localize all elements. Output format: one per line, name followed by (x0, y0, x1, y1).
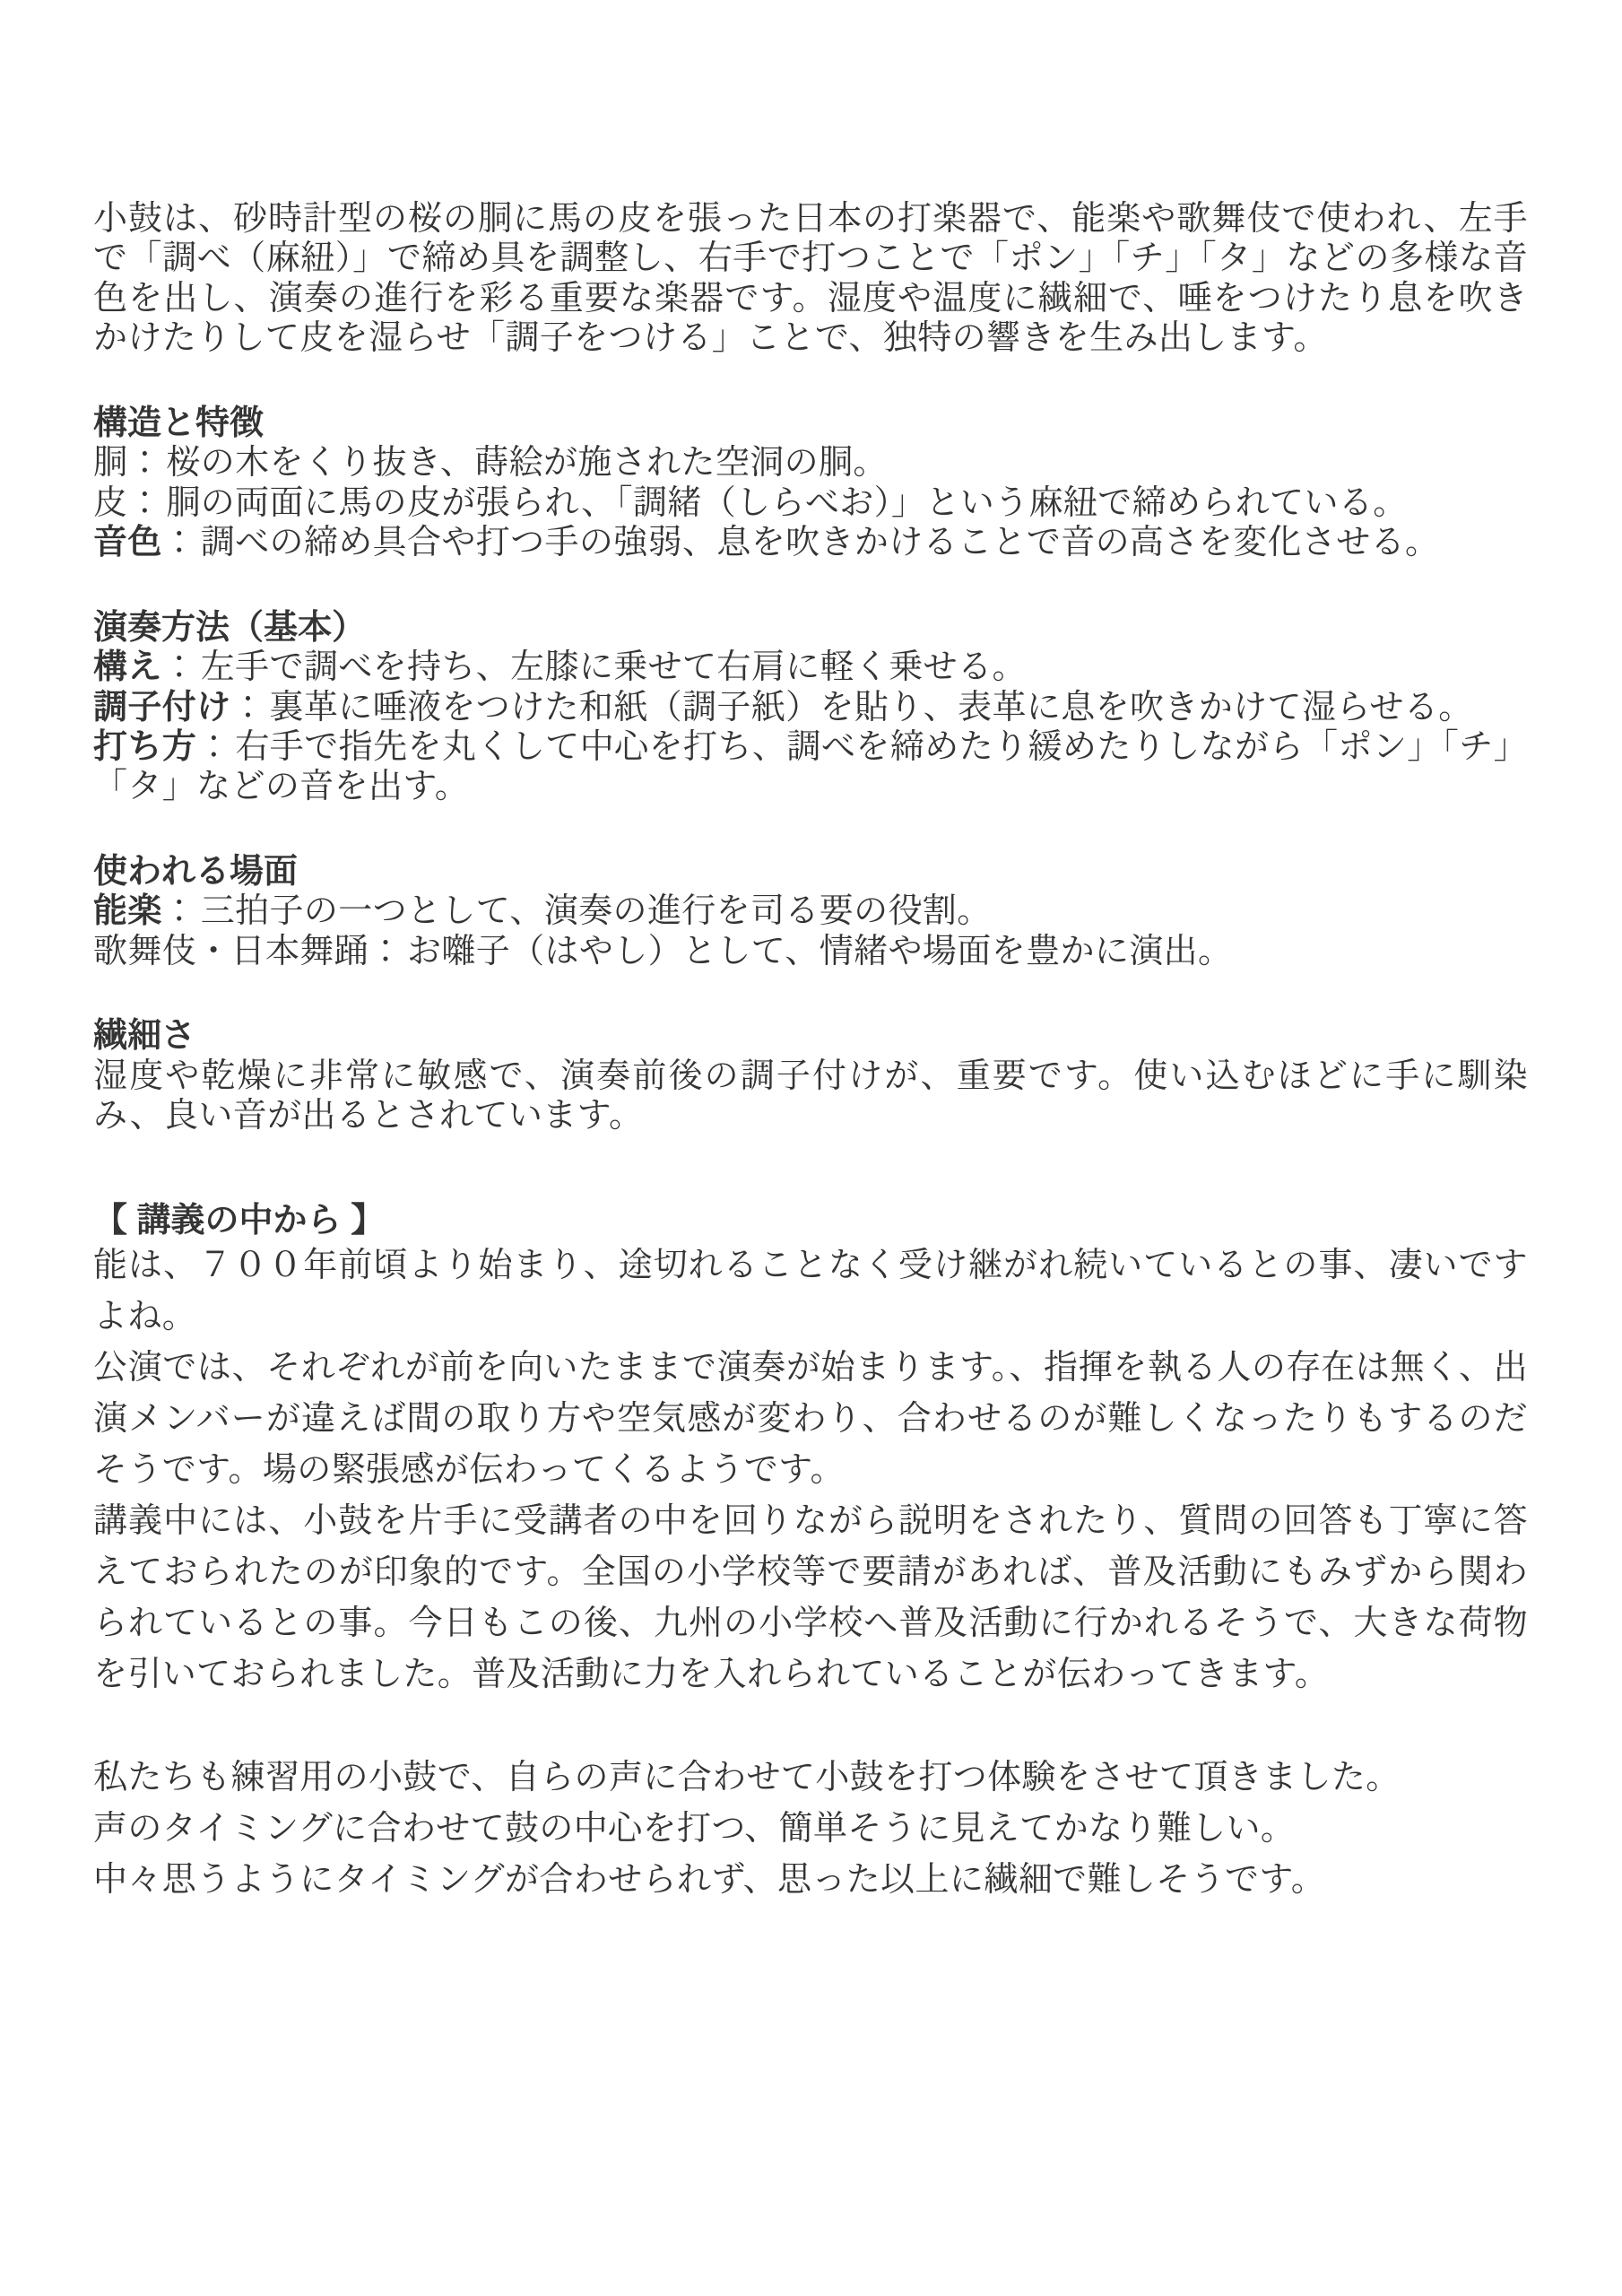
definition-text-uchikata: 右手で指先を丸くして中心を打ち、調べを締めたり緩めたりしながら「ポン」「チ」「タ… (93, 728, 1528, 805)
definition-colon: ： (162, 648, 196, 686)
closing-paragraph-timing: 声のタイミングに合わせて鼓の中心を打つ、簡単そうに見えてかなり難しい。 (93, 1804, 1528, 1855)
lecture-heading: 【 講義の中から 】 (93, 1201, 1528, 1240)
document-page: 小鼓は、砂時計型の桜の胴に馬の皮を張った日本の打楽器で、能楽や歌舞伎で使われ、左… (0, 0, 1622, 2296)
lecture-paragraph-outreach: 講義中には、小鼓を片手に受講者の中を回りながら説明をされたり、質問の回答も丁寧に… (93, 1496, 1528, 1700)
definition-colon: ： (369, 933, 403, 970)
definition-text-kabuki: お囃子（はやし）として、情緒や場面を豊かに演出。 (407, 933, 1232, 970)
delicacy-paragraph: 湿度や乾燥に非常に敏感で、演奏前後の調子付けが、重要です。使い込むほどに手に馴染… (93, 1057, 1528, 1136)
closing-paragraph-experience: 私たちも練習用の小鼓で、自らの声に合わせて小鼓を打つ体験をさせて頂きました。 (93, 1752, 1528, 1804)
document-content: 小鼓は、砂時計型の桜の胴に馬の皮を張った日本の打楽器で、能楽や歌舞伎で使われ、左… (93, 199, 1528, 1906)
section-structure: 構造と特徴 胴：桜の木をくり抜き、蒔絵が施された空洞の胴。 皮：胴の両面に馬の皮… (93, 404, 1528, 563)
definition-term-uchikata: 打ち方 (93, 728, 196, 766)
definition-colon: ： (231, 689, 265, 726)
playing-item-posture: 構え：左手で調べを持ち、左膝に乗せて右肩に軽く乗せる。 (93, 648, 1528, 687)
definition-text-dou: 桜の木をくり抜き、蒔絵が施された空洞の胴。 (166, 444, 887, 482)
closing-paragraph-difficulty: 中々思うようにタイミングが合わせられず、思った以上に繊細で難しそうです。 (93, 1855, 1528, 1906)
definition-colon: ： (162, 892, 196, 930)
definition-term-dou: 胴 (93, 444, 127, 482)
usage-item-noh: 能楽：三拍子の一つとして、演奏の進行を司る要の役割。 (93, 891, 1528, 931)
delicacy-heading: 繊細さ (93, 1016, 1528, 1056)
paragraph-spacer (93, 1700, 1528, 1752)
definition-text-kawa: 胴の両面に馬の皮が張られ、「調緒（しらべお）」という麻紐で締められている。 (166, 484, 1407, 522)
intro-paragraph: 小鼓は、砂時計型の桜の胴に馬の皮を張った日本の打楽器で、能楽や歌舞伎で使われ、左… (93, 199, 1528, 359)
definition-text-neiro: 調べの締め具合や打つ手の強弱、息を吹きかけることで音の高さを変化させる。 (201, 524, 1440, 561)
playing-item-tuning: 調子付け：裏革に唾液をつけた和紙（調子紙）を貼り、表革に息を吹きかけて湿らせる。 (93, 688, 1528, 727)
definition-term-choshizuke: 調子付け (93, 689, 231, 726)
usage-scenes-heading: 使われる場面 (93, 852, 1528, 891)
definition-text-kamae: 左手で調べを持ち、左膝に乗せて右肩に軽く乗せる。 (201, 648, 1027, 686)
definition-term-kawa: 皮 (93, 484, 127, 522)
playing-method-heading: 演奏方法（基本） (93, 608, 1528, 648)
structure-item-tone: 音色：調べの締め具合や打つ手の強弱、息を吹きかけることで音の高さを変化させる。 (93, 523, 1528, 562)
definition-text-choshizuke: 裏革に唾液をつけた和紙（調子紙）を貼り、表革に息を吹きかけて湿らせる。 (269, 689, 1472, 726)
definition-term-kabuki: 歌舞伎・日本舞踊 (93, 933, 369, 970)
playing-item-striking: 打ち方：右手で指先を丸くして中心を打ち、調べを締めたり緩めたりしながら「ポン」「… (93, 727, 1528, 807)
definition-text-nogaku: 三拍子の一つとして、演奏の進行を司る要の役割。 (201, 892, 992, 930)
usage-item-kabuki: 歌舞伎・日本舞踊：お囃子（はやし）として、情緒や場面を豊かに演出。 (93, 932, 1528, 971)
definition-colon: ： (162, 524, 196, 561)
section-delicacy: 繊細さ 湿度や乾燥に非常に敏感で、演奏前後の調子付けが、重要です。使い込むほどに… (93, 1016, 1528, 1135)
section-lecture-notes: 【 講義の中から 】 能は、７００年前頃より始まり、途切れることなく受け継がれ続… (93, 1201, 1528, 1906)
definition-colon: ： (196, 728, 230, 766)
definition-colon: ： (127, 484, 161, 522)
structure-heading: 構造と特徴 (93, 404, 1528, 443)
definition-colon: ： (127, 444, 161, 482)
definition-term-neiro: 音色 (93, 524, 162, 561)
definition-term-kamae: 構え (93, 648, 162, 686)
structure-item-skin: 皮：胴の両面に馬の皮が張られ、「調緒（しらべお）」という麻紐で締められている。 (93, 483, 1528, 523)
lecture-paragraph-performance: 公演では、それぞれが前を向いたままで演奏が始まります。、指揮を執る人の存在は無く… (93, 1343, 1528, 1496)
section-usage-scenes: 使われる場面 能楽：三拍子の一つとして、演奏の進行を司る要の役割。 歌舞伎・日本… (93, 852, 1528, 971)
definition-term-nogaku: 能楽 (93, 892, 162, 930)
section-playing-method: 演奏方法（基本） 構え：左手で調べを持ち、左膝に乗せて右肩に軽く乗せる。 調子付… (93, 608, 1528, 807)
structure-item-body: 胴：桜の木をくり抜き、蒔絵が施された空洞の胴。 (93, 443, 1528, 483)
lecture-paragraph-noh-history: 能は、７００年前頃より始まり、途切れることなく受け継がれ続いているとの事、凄いで… (93, 1240, 1528, 1343)
